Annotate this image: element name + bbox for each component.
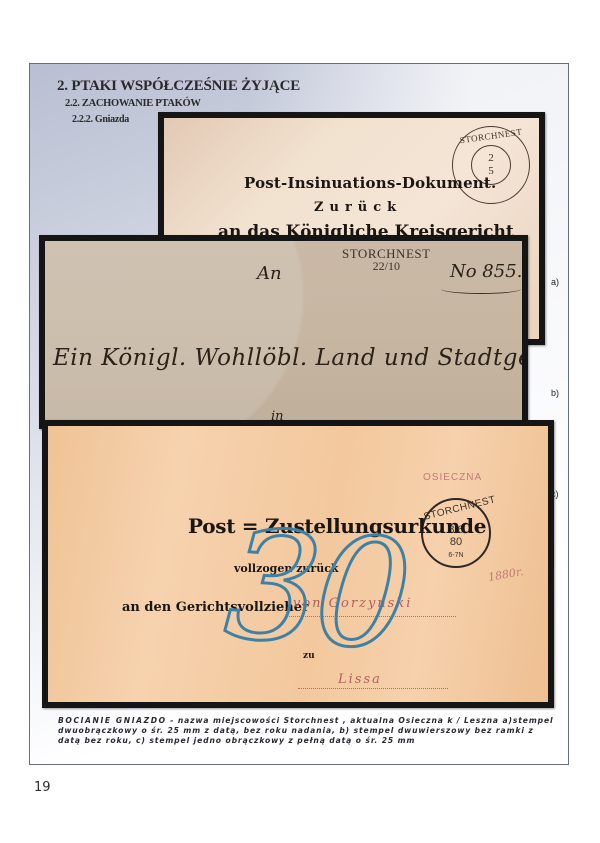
blue-crayon-number: 30 bbox=[221, 510, 410, 672]
document-b-number: No 855. bbox=[450, 261, 522, 282]
number-underline-flourish bbox=[441, 284, 521, 294]
document-a-return-label: Zurück bbox=[314, 200, 402, 215]
document-b-address: Ein Königl. Wohllöbl. Land und Stadtgeri… bbox=[53, 345, 528, 371]
document-b-image: An STORCHNEST 22/10 No 855. Ein Königl. … bbox=[39, 235, 528, 429]
double-ring-postmark: STORCHNEST 2 5 bbox=[452, 126, 530, 204]
label-c: c) bbox=[551, 489, 559, 499]
postmark-place: STORCHNEST bbox=[453, 126, 530, 146]
figure-caption: BOCIANIE GNIAZDO - nazwa miejscowości St… bbox=[58, 716, 558, 746]
dotted-line bbox=[298, 688, 448, 689]
document-c-image: OSIECZNA STORCHNEST 8 6 80 6-7N 1880r. P… bbox=[42, 420, 554, 708]
illustration-panel: 2. PTAKI WSPÓŁCZEŚNIE ŻYJĄCE 2.2. ZACHOW… bbox=[29, 63, 569, 765]
pencil-year-note: 1880r. bbox=[487, 565, 524, 584]
subsection-heading: 2.2.2. Gniazda bbox=[72, 114, 129, 125]
label-a: a) bbox=[551, 277, 559, 287]
caption-lead: BOCIANIE GNIAZDO bbox=[58, 716, 167, 725]
page-number: 19 bbox=[34, 780, 51, 795]
label-b: b) bbox=[551, 388, 559, 398]
chapter-heading: 2. PTAKI WSPÓŁCZEŚNIE ŻYJĄCE bbox=[57, 78, 300, 95]
document-a-title: Post-Insinuations-Dokument. bbox=[244, 174, 496, 192]
postmark-time: 6-7N bbox=[423, 552, 489, 559]
two-line-postmark: STORCHNEST 22/10 bbox=[342, 247, 431, 273]
pencil-place-note: OSIECZNA bbox=[423, 472, 482, 483]
section-heading: 2.2. ZACHOWANIE PTAKÓW bbox=[65, 98, 201, 109]
document-b-salutation: An bbox=[257, 263, 282, 284]
